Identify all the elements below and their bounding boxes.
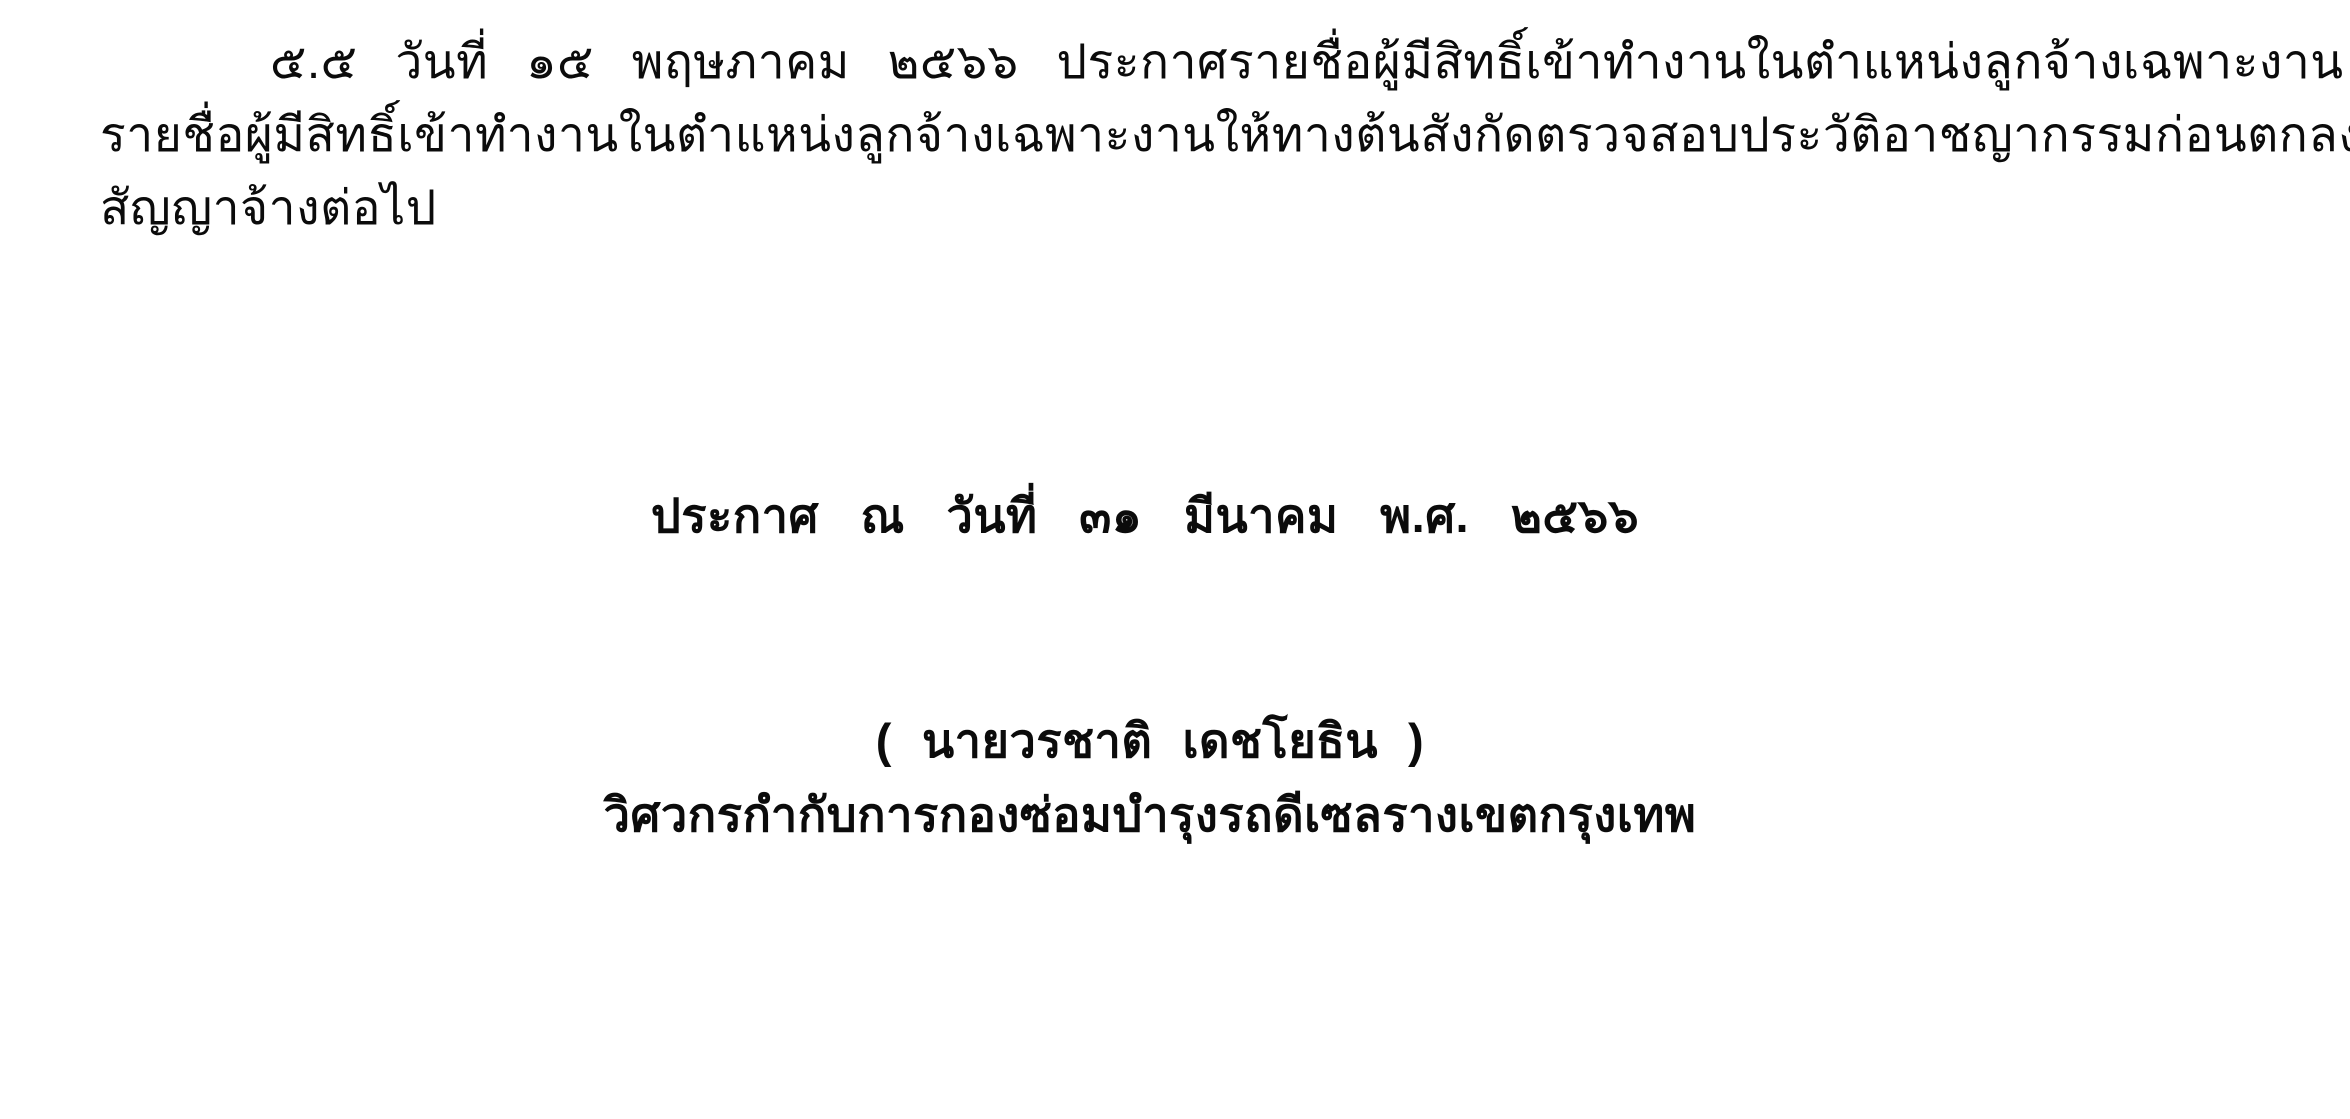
paragraph-line-1: ๕.๕ วันที่ ๑๕ พฤษภาคม ๒๕๖๖ ประกาศรายชื่อ… <box>100 26 2170 99</box>
signer-position-title: วิศวกรกำกับการกองซ่อมบำรุงรถดีเซลรางเขตก… <box>0 778 2300 852</box>
signature-block: ( นายวรชาติ เดชโยธิน ) วิศวกรกำกับการกอง… <box>0 704 2300 852</box>
paragraph-line-3: สัญญาจ้างต่อไป <box>100 172 2170 245</box>
signer-name: ( นายวรชาติ เดชโยธิน ) <box>0 704 2300 778</box>
announcement-date-line: ประกาศ ณ วันที่ ๓๑ มีนาคม พ.ศ. ๒๕๖๖ <box>0 478 2290 553</box>
paragraph-line-2: รายชื่อผู้มีสิทธิ์เข้าทำงานในตำแหน่งลูกจ… <box>100 99 2170 172</box>
document-page: ๕.๕ วันที่ ๑๕ พฤษภาคม ๒๕๖๖ ประกาศรายชื่อ… <box>0 0 2350 1119</box>
clause-paragraph: ๕.๕ วันที่ ๑๕ พฤษภาคม ๒๕๖๖ ประกาศรายชื่อ… <box>100 26 2170 245</box>
